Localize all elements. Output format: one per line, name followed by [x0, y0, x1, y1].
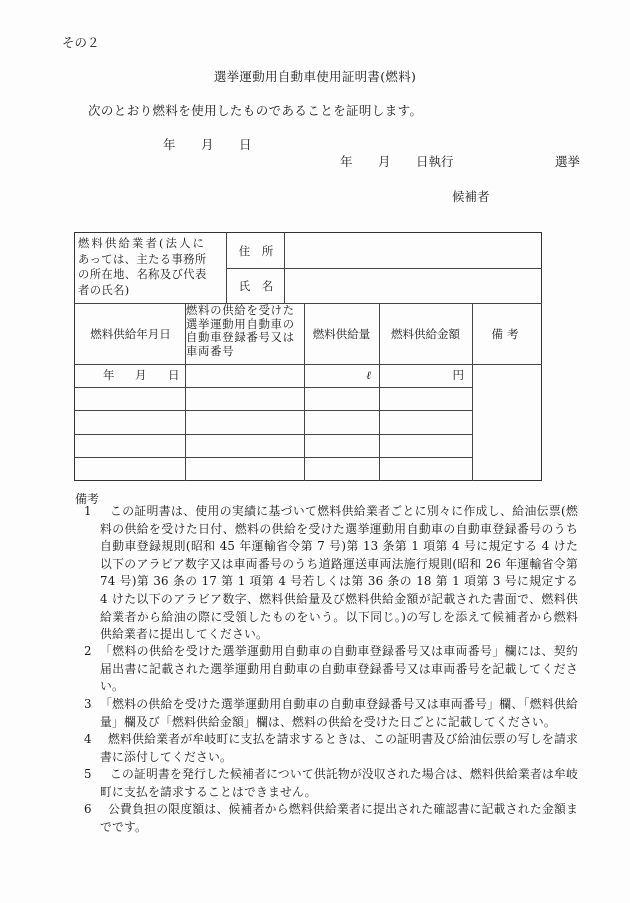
note-number: 4 [84, 731, 92, 749]
date-month-label: 月 [201, 135, 239, 153]
note-item: 2 「燃料の供給を受けた選挙運動用自動車の自動車登録番号又は車両番号」欄には、契… [100, 643, 578, 696]
liter-unit: ℓ [366, 368, 371, 382]
yen-unit: 円 [453, 368, 465, 382]
row1-date-field[interactable]: 年 月 日 [75, 364, 185, 387]
header-vehicle-line: 車両番号 [186, 345, 304, 359]
row-year-label: 年 [103, 364, 115, 387]
note-item: 6 公費負担の限度額は、候補者から燃料供給業者に提出された確認書に記載された金額… [100, 801, 578, 836]
address-field[interactable] [285, 233, 541, 268]
election-execution-date[interactable]: 年月日執行 [340, 152, 454, 170]
address-label: 住 所 [227, 233, 285, 268]
note-text: この証明書を発行した候補者について供託物が没収された場合は、燃料供給業者は牟岐町… [100, 767, 578, 799]
supplier-label-line: 者の氏名) [78, 283, 226, 299]
row1-quantity-field[interactable]: ℓ [304, 364, 379, 387]
date-year-label: 年 [163, 135, 201, 153]
row-month-label: 月 [135, 364, 147, 387]
note-item: 3 「燃料の供給を受けた選挙運動用自動車の自動車登録番号又は車両番号」欄、「燃料… [100, 696, 578, 731]
supplier-label-line: 燃料供給業者(法人に [78, 236, 226, 252]
header-supply-date: 燃料供給年月日 [75, 303, 186, 364]
note-text: 公費負担の限度額は、候補者から燃料供給業者に提出された確認書に記載された金額まで… [100, 802, 578, 834]
row1-vehicle-field[interactable] [186, 364, 304, 387]
note-number: 1 [84, 503, 92, 521]
note-text: この証明書は、使用の実績に基づいて燃料供給業者ごとに別々に作成し、給油伝票(燃料… [100, 504, 578, 641]
form-number: その２ [62, 33, 100, 51]
name-label: 氏 名 [227, 268, 285, 303]
header-vehicle-line: 選挙運動用自動車の [186, 318, 304, 332]
exec-year-label: 年 [340, 152, 378, 170]
header-vehicle-number: 燃料の供給を受けた 選挙運動用自動車の 自動車登録番号又は 車両番号 [186, 303, 304, 364]
header-vehicle-line: 自動車登録番号又は [186, 331, 304, 345]
empty-row-3[interactable] [75, 410, 472, 434]
empty-row-2[interactable] [75, 387, 472, 410]
note-item: 5 この証明書を発行した候補者について供託物が没収された場合は、燃料供給業者は牟… [100, 766, 578, 801]
fuel-certificate-table: 燃料供給業者(法人に あっては、主たる事務所 の所在地、名称及び代表 者の氏名)… [74, 232, 542, 481]
candidate-label: 候補者 [452, 187, 490, 205]
election-name-label: 選挙 [555, 152, 580, 170]
name-field[interactable] [285, 268, 541, 303]
empty-row-4[interactable] [75, 434, 472, 457]
note-item: 4 燃料供給業者が牟岐町に支払を請求するときは、この証明書及び給油伝票の写しを請… [100, 731, 578, 766]
row1-amount-field[interactable]: 円 [379, 364, 472, 387]
empty-row-5[interactable] [75, 457, 472, 480]
row-day-label: 日 [168, 364, 180, 387]
supplier-label-cell: 燃料供給業者(法人に あっては、主たる事務所 の所在地、名称及び代表 者の氏名) [78, 236, 226, 302]
note-text: 燃料供給業者が牟岐町に支払を請求するときは、この証明書及び給油伝票の写しを請求書… [100, 732, 578, 764]
exec-month-label: 月 [378, 152, 416, 170]
header-vehicle-line: 燃料の供給を受けた [186, 304, 304, 318]
header-fuel-quantity: 燃料供給量 [304, 303, 379, 364]
supplier-label-line: あっては、主たる事務所 [78, 252, 226, 268]
supplier-label-line: の所在地、名称及び代表 [78, 267, 226, 283]
note-text: 「燃料の供給を受けた選挙運動用自動車の自動車登録番号又は車両番号」欄、「燃料供給… [100, 697, 578, 729]
exec-day-label: 日執行 [416, 152, 454, 170]
document-title: 選挙運動用自動車使用証明書(燃料) [0, 67, 630, 85]
note-text: 「燃料の供給を受けた選挙運動用自動車の自動車登録番号又は車両番号」欄には、契約届… [100, 644, 578, 693]
date-day-label: 日 [239, 135, 252, 153]
certification-date[interactable]: 年月日 [163, 135, 252, 153]
note-number: 3 [84, 696, 92, 714]
header-remarks: 備考 [472, 303, 542, 364]
note-number: 2 [84, 643, 92, 661]
note-number: 6 [84, 801, 92, 819]
note-item: 1 この証明書は、使用の実績に基づいて燃料供給業者ごとに別々に作成し、給油伝票(… [100, 503, 578, 644]
note-number: 5 [84, 766, 92, 784]
remarks-field[interactable] [472, 364, 542, 480]
header-fuel-amount: 燃料供給金額 [379, 303, 472, 364]
intro-statement: 次のとおり燃料を使用したものであることを証明します。 [88, 101, 422, 119]
